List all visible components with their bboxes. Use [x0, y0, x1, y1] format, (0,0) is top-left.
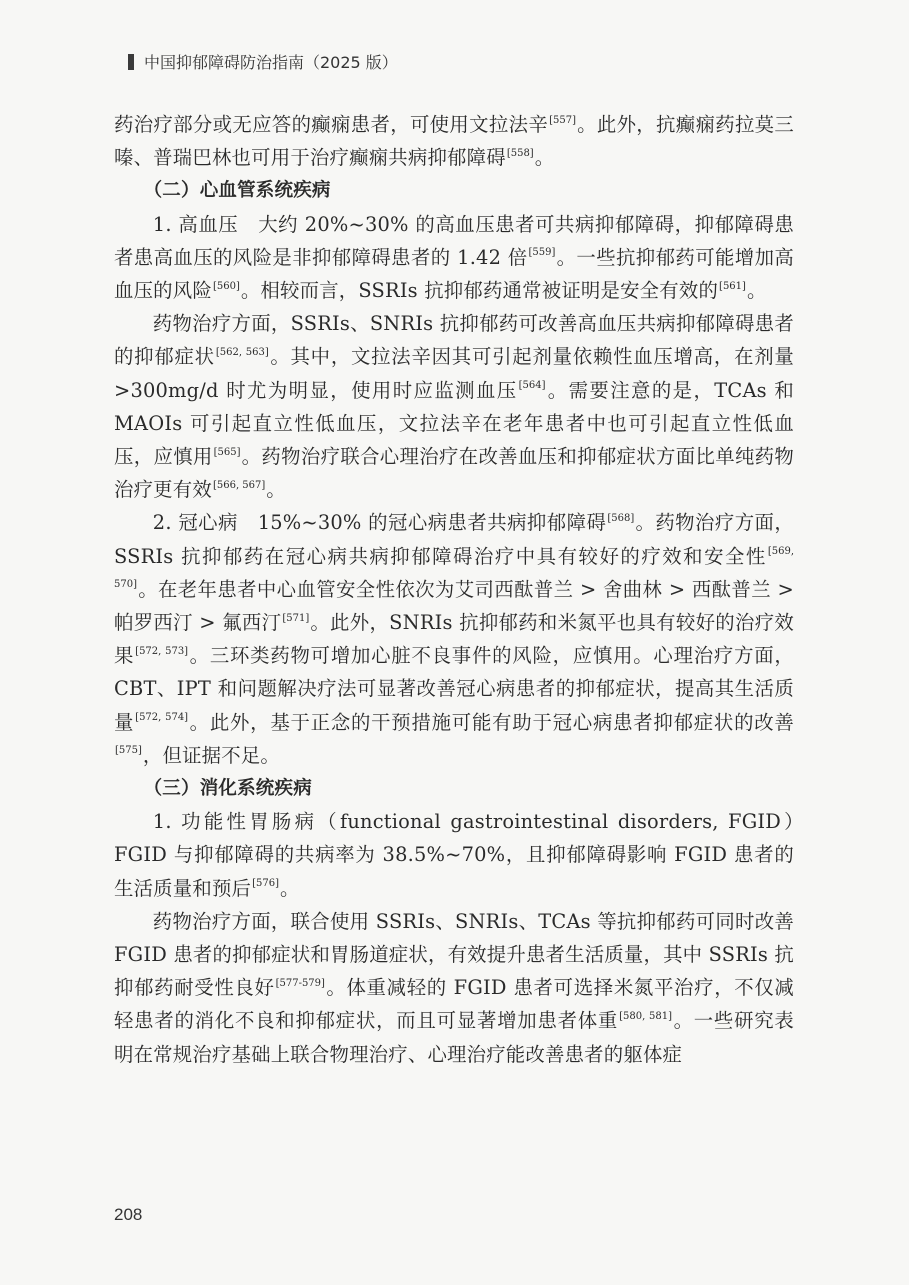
running-head-title: 中国抑郁障碍防治指南（2025 版） — [144, 50, 398, 73]
citation-ref: [572, 573] — [134, 646, 189, 657]
paragraph: 1. 高血压 大约 20%~30% 的高血压患者可共病抑郁障碍，抑郁障碍患者患高… — [114, 208, 794, 308]
citation-ref: [576] — [251, 878, 280, 889]
paragraph: 药物治疗方面，SSRIs、SNRIs 抗抑郁药可改善高血压共病抑郁障碍患者的抑郁… — [114, 307, 794, 506]
citation-ref: [559] — [528, 247, 557, 258]
page-number: 208 — [114, 1205, 142, 1225]
citation-ref: [572, 574] — [134, 712, 189, 723]
body-text: 药治疗部分或无应答的癫痫患者，可使用文拉法辛[557]。此外，抗癫痫药拉莫三嗪、… — [114, 108, 794, 1071]
citation-ref: [558] — [506, 148, 535, 159]
citation-ref: [565] — [213, 447, 242, 458]
text-run: 药治疗部分或无应答的癫痫患者，可使用文拉法辛 — [114, 113, 548, 136]
running-head: 中国抑郁障碍防治指南（2025 版） — [128, 50, 398, 73]
citation-ref: [564] — [518, 380, 547, 391]
header-bar-marker — [128, 54, 134, 70]
text-run: ，但证据不足。 — [143, 744, 280, 767]
section-heading: （三）消化系统疾病 — [114, 772, 794, 805]
paragraph: 药治疗部分或无应答的癫痫患者，可使用文拉法辛[557]。此外，抗癫痫药拉莫三嗪、… — [114, 108, 794, 174]
text-run: 。 — [747, 279, 767, 302]
text-run: 。 — [266, 478, 286, 501]
citation-ref: [560] — [212, 281, 241, 292]
citation-ref: [562, 563] — [215, 347, 270, 358]
citation-ref: [580, 581] — [618, 1011, 673, 1022]
citation-ref: [568] — [606, 513, 635, 524]
text-run: 。相较而言，SSRIs 抗抑郁药通常被证明是安全有效的 — [241, 279, 718, 302]
citation-ref: [575] — [114, 745, 143, 756]
text-run: 。 — [280, 877, 300, 900]
citation-ref: [577-579] — [275, 978, 326, 989]
citation-ref: [566, 567] — [212, 480, 266, 491]
section-heading: （二）心血管系统疾病 — [114, 174, 794, 207]
citation-ref: [557] — [548, 115, 577, 126]
paragraph: 药物治疗方面，联合使用 SSRIs、SNRIs、TCAs 等抗抑郁药可同时改善 … — [114, 905, 794, 1071]
text-run: 2. 冠心病 15%~30% 的冠心病患者共病抑郁障碍 — [153, 511, 607, 534]
paragraph: 2. 冠心病 15%~30% 的冠心病患者共病抑郁障碍[568]。药物治疗方面，… — [114, 506, 794, 772]
text-run: 。此外，基于正念的干预措施可能有助于冠心病患者抑郁症状的改善 — [189, 711, 794, 734]
paragraph: 1. 功能性胃肠病（functional gastrointestinal di… — [114, 805, 794, 905]
citation-ref: [561] — [718, 281, 747, 292]
text-run: 1. 功能性胃肠病（functional gastrointestinal di… — [114, 810, 814, 899]
text-run: 。 — [535, 146, 555, 169]
citation-ref: [571] — [281, 613, 310, 624]
